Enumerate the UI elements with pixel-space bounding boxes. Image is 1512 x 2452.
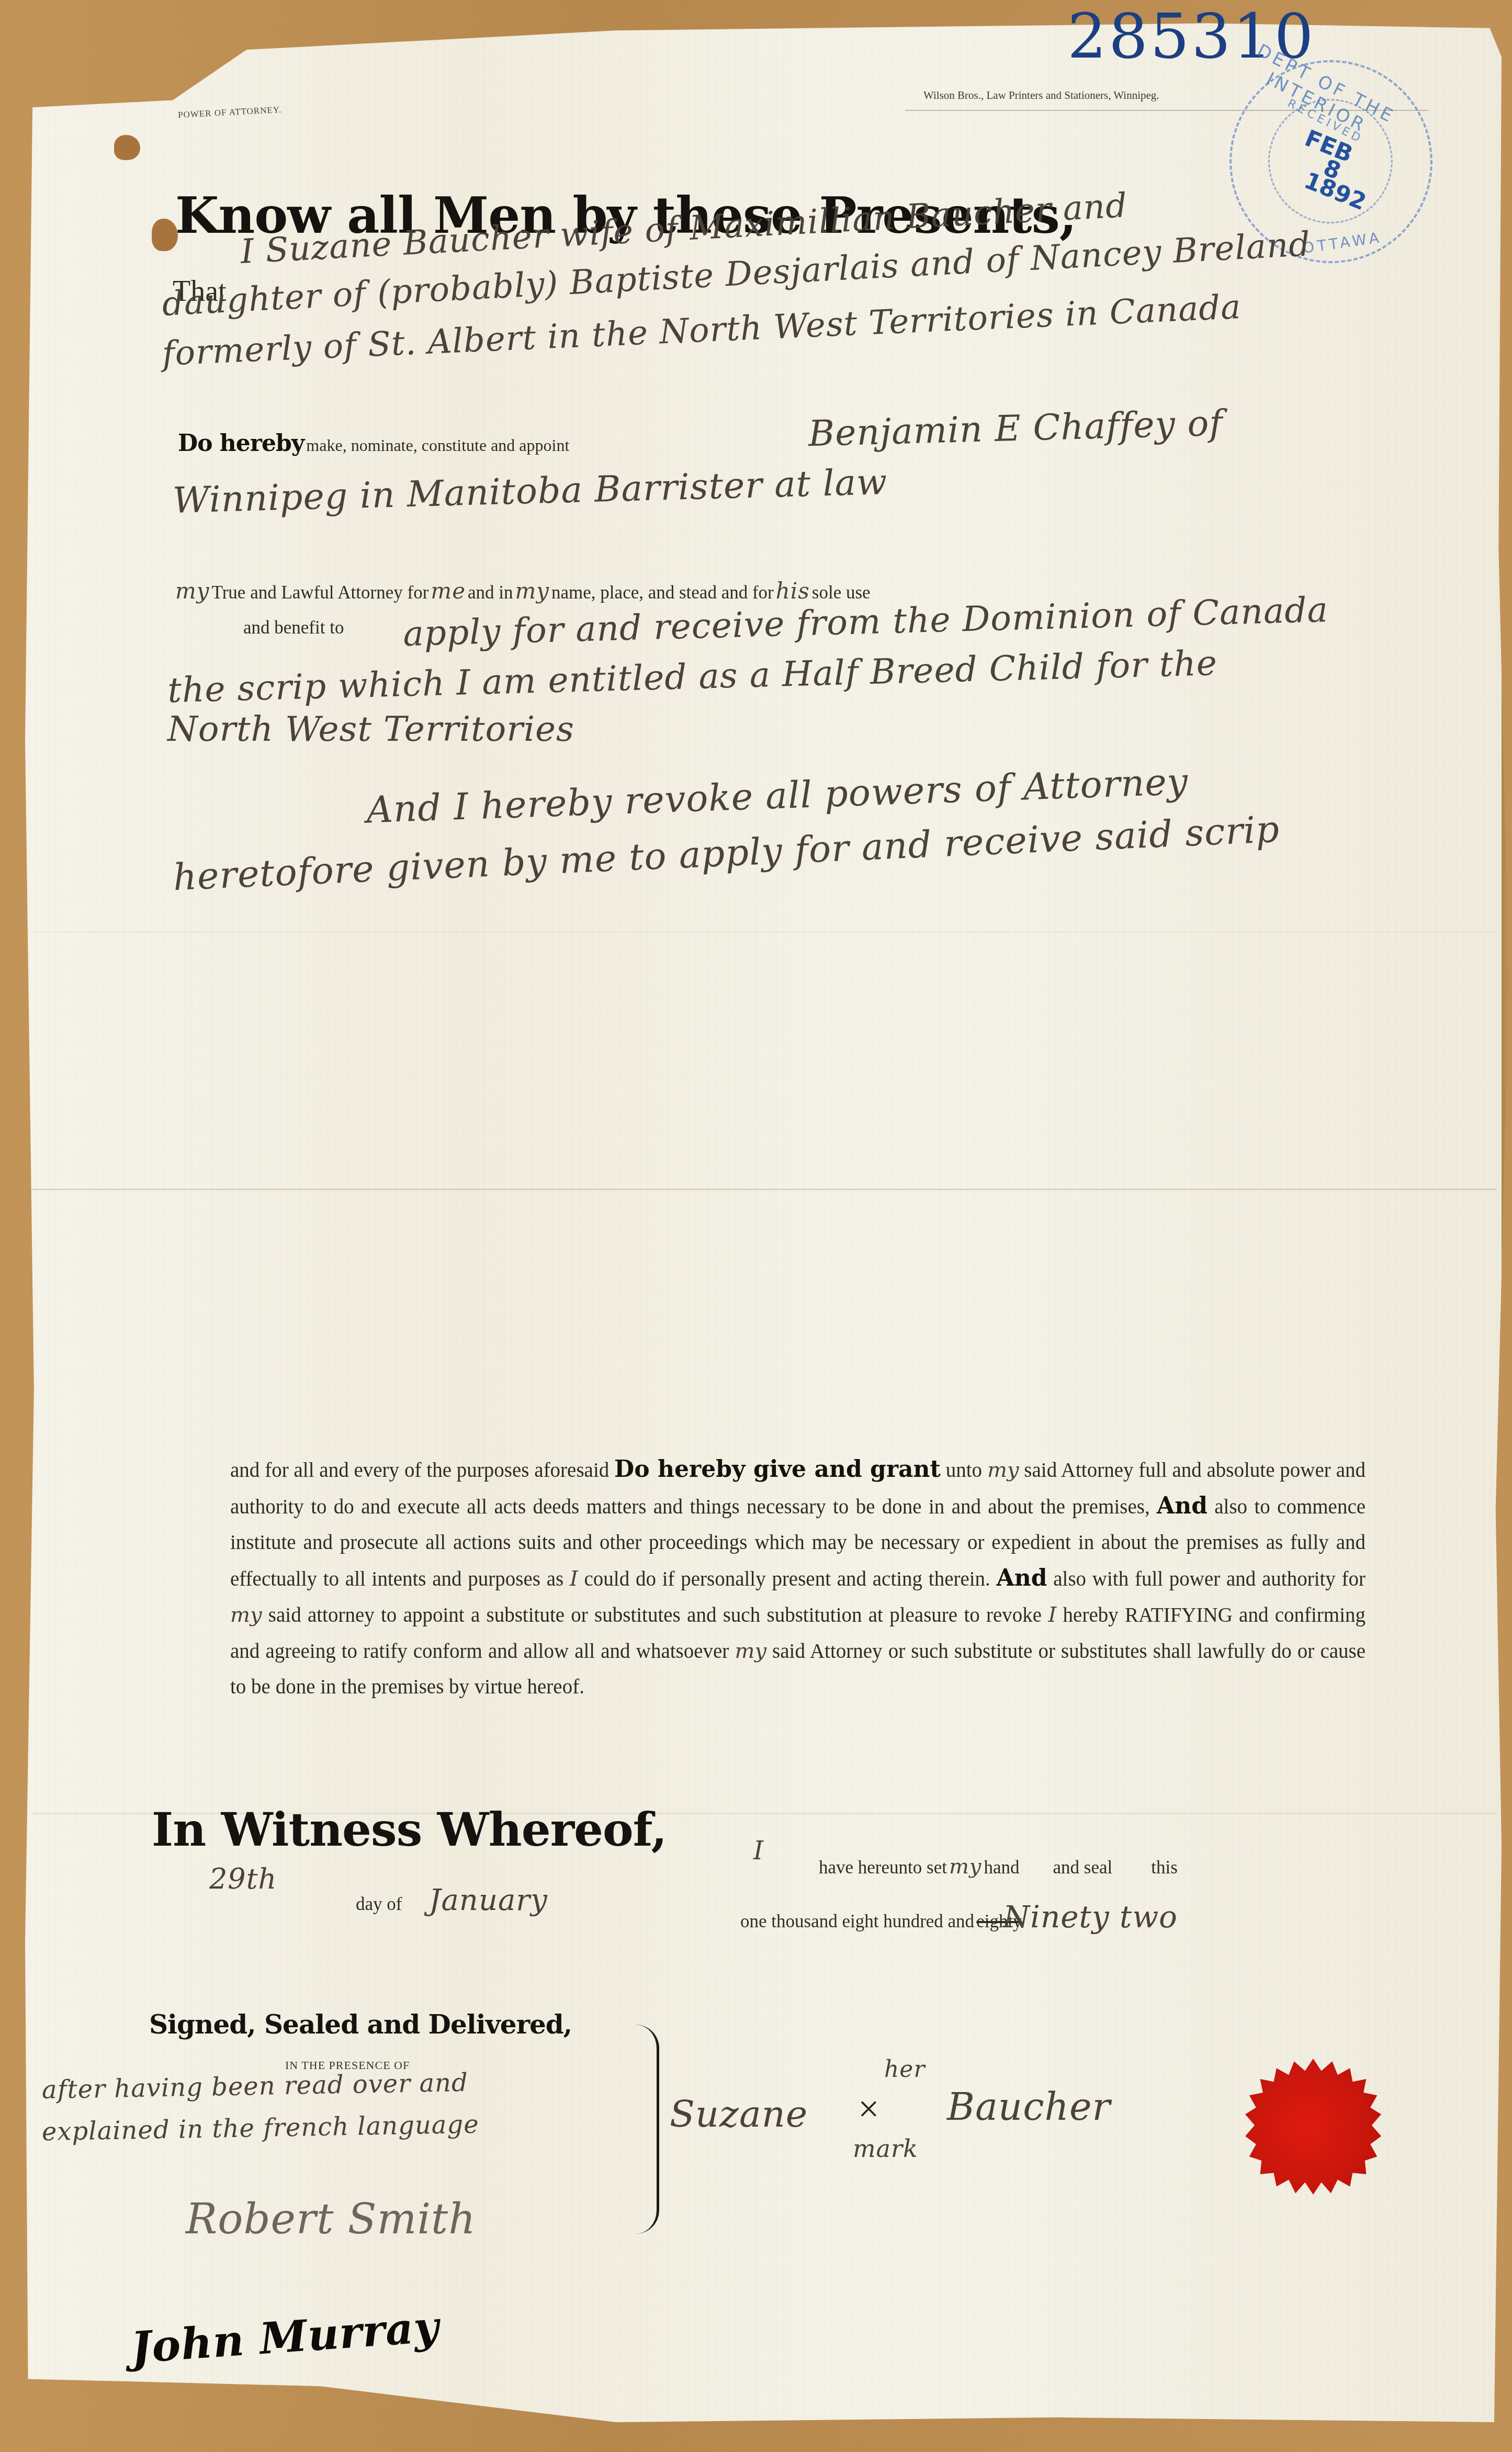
signatory-last-name: Baucher (947, 2085, 1111, 2129)
witness-year-line: one thousand eight hundred and eighty Ni… (740, 1899, 1178, 1935)
hw-my: my (735, 1639, 766, 1663)
hw-i: I (753, 1836, 764, 1866)
fold-crease (31, 931, 1496, 933)
signatory-mark: × (858, 2087, 879, 2131)
witness-month: January (429, 1883, 548, 1917)
hw-his: his (776, 578, 810, 604)
mark-label-her: her (884, 2056, 925, 2083)
appointment-line: Do hereby make, nominate, constitute and… (178, 430, 569, 457)
grant-text: unto (946, 1459, 982, 1482)
clause-text: True and Lawful Attorney for (212, 582, 429, 603)
mark-label-mark: mark (853, 2134, 918, 2163)
hw-my: my (175, 578, 210, 604)
witness-text: have hereunto set (819, 1857, 947, 1878)
day-of-label: day of (356, 1894, 402, 1915)
hw-my: my (515, 578, 550, 604)
hw-my: my (949, 1855, 982, 1879)
grant-bold: And (1157, 1493, 1208, 1519)
hw-my: my (987, 1458, 1019, 1482)
punch-hole-top (114, 135, 140, 160)
punch-hole-heading (152, 219, 178, 251)
clause-text: name, place, and stead and for (551, 582, 774, 603)
clause-text: and in (468, 582, 513, 603)
witness-signature-1: Robert Smith (186, 2195, 476, 2243)
hw-year: Ninety two (1003, 1899, 1178, 1935)
signatory-first-name: Suzane (670, 2093, 808, 2135)
grant-text: and for all and every of the purposes af… (230, 1459, 609, 1482)
witness-heading: In Witness Whereof, (152, 1802, 667, 1857)
grant-text: said attorney to appoint a substitute or… (268, 1604, 1042, 1626)
printer-credit: Wilson Bros., Law Printers and Stationer… (923, 89, 1159, 102)
grant-clause: and for all and every of the purposes af… (230, 1452, 1366, 1705)
fold-crease (31, 1189, 1496, 1190)
grant-text: could do if personally present and actin… (584, 1568, 990, 1590)
signature-brace (636, 2025, 659, 2234)
witness-text: this (1151, 1857, 1178, 1878)
hw-i: I (1048, 1603, 1056, 1627)
witness-day: 29th (209, 1862, 277, 1895)
grant-bold: Do hereby give and grant (614, 1456, 941, 1483)
do-hereby-label: Do hereby (178, 430, 304, 457)
benefit-label: and benefit to (243, 617, 344, 638)
year-text: one thousand eight hundred and (740, 1911, 974, 1931)
hw-me: me (431, 578, 466, 604)
appoint-text: make, nominate, constitute and appoint (306, 436, 569, 455)
hw-my: my (230, 1603, 262, 1627)
witness-text: hand (984, 1857, 1019, 1878)
clause-text: sole use (812, 582, 871, 603)
document-paper (25, 21, 1502, 2422)
grant-bold: And (997, 1565, 1047, 1591)
purpose-line-3: North West Territories (167, 709, 574, 749)
attorney-clause-line-1: my True and Lawful Attorney for me and i… (175, 578, 871, 604)
hw-i: I (570, 1567, 578, 1591)
witness-line-1: have hereunto set my hand and seal this (819, 1855, 1178, 1879)
grant-text: also with full power and authority for (1053, 1568, 1366, 1590)
signed-sealed-heading: Signed, Sealed and Delivered, (149, 2009, 572, 2040)
witness-text: and seal (1053, 1857, 1112, 1878)
